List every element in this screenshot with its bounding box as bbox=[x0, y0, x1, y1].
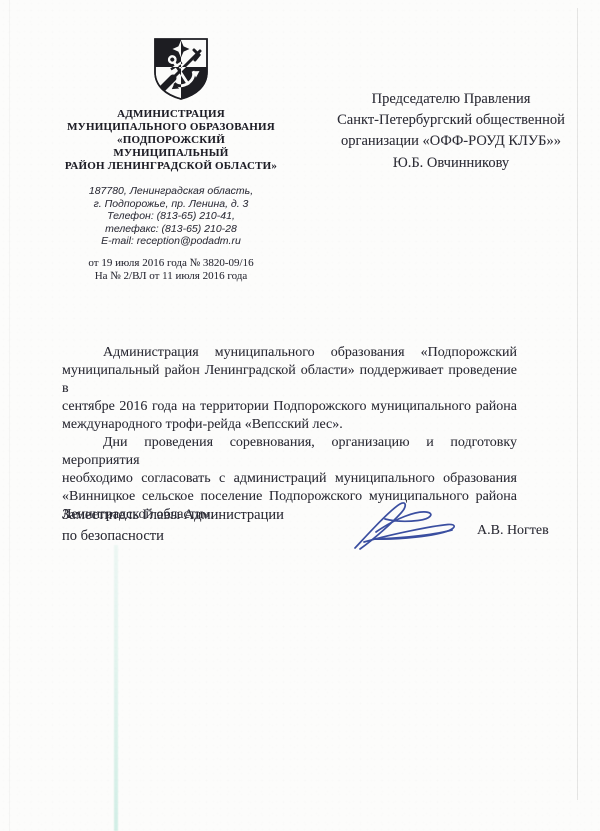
reference-block: от 19 июля 2016 года № 3820-09/16 На № 2… bbox=[58, 257, 284, 284]
handwritten-signature bbox=[348, 498, 473, 556]
signer-title-line: Заместитель Главы Администрации bbox=[62, 505, 284, 526]
phone-line: Телефон: (813-65) 210-41, bbox=[58, 210, 284, 223]
recipient-block: Председателю Правления Санкт-Петербургск… bbox=[330, 89, 572, 174]
recipient-line: организации «ОФФ-РОУД КЛУБ»» bbox=[330, 131, 572, 152]
recipient-line: Санкт-Петербургский общественной bbox=[330, 110, 572, 131]
recipient-name: Ю.Б. Овчинникову bbox=[330, 153, 572, 174]
org-name-line: «ПОДПОРОЖСКИЙ МУНИЦИПАЛЬНЫЙ bbox=[58, 134, 284, 160]
organization-name: АДМИНИСТРАЦИЯ МУНИЦИПАЛЬНОГО ОБРАЗОВАНИЯ… bbox=[58, 108, 284, 173]
org-name-line: МУНИЦИПАЛЬНОГО ОБРАЗОВАНИЯ bbox=[58, 121, 284, 134]
fax-line: телефакс: (813-65) 210-28 bbox=[58, 223, 284, 236]
signer-title: Заместитель Главы Администрации по безоп… bbox=[62, 505, 284, 547]
scan-color-streak bbox=[114, 545, 118, 831]
signer-title-line: по безопасности bbox=[62, 526, 284, 547]
coat-of-arms-icon bbox=[150, 36, 212, 102]
body-line: сентябре 2016 года на территории Подпоро… bbox=[62, 398, 517, 416]
incoming-reference: На № 2/ВЛ от 11 июля 2016 года bbox=[58, 270, 284, 284]
contact-block: 187780, Ленинградская область, г. Подпор… bbox=[58, 185, 284, 248]
email-line: E-mail: reception@podadm.ru bbox=[58, 235, 284, 248]
postal-address-line: 187780, Ленинградская область, bbox=[58, 185, 284, 198]
recipient-line: Председателю Правления bbox=[330, 89, 572, 110]
signer-name: А.В. Ногтев bbox=[477, 523, 549, 539]
outgoing-reference: от 19 июля 2016 года № 3820-09/16 bbox=[58, 257, 284, 271]
body-line: Администрация муниципального образования… bbox=[62, 344, 517, 362]
body-line: Дни проведения соревнования, организацию… bbox=[62, 434, 517, 470]
letterhead: АДМИНИСТРАЦИЯ МУНИЦИПАЛЬНОГО ОБРАЗОВАНИЯ… bbox=[58, 36, 284, 284]
body-line: муниципальный район Ленинградской област… bbox=[62, 362, 517, 398]
body-line: необходимо согласовать с администраций м… bbox=[62, 470, 517, 488]
document-page: АДМИНИСТРАЦИЯ МУНИЦИПАЛЬНОГО ОБРАЗОВАНИЯ… bbox=[0, 0, 600, 831]
scan-edge-line bbox=[577, 8, 578, 800]
body-line: международного трофи-рейда «Вепсский лес… bbox=[62, 416, 517, 434]
org-name-line: АДМИНИСТРАЦИЯ bbox=[58, 108, 284, 121]
paragraph: Администрация муниципального образования… bbox=[62, 344, 517, 434]
org-name-line: РАЙОН ЛЕНИНГРАДСКОЙ ОБЛАСТИ» bbox=[58, 160, 284, 173]
postal-address-line: г. Подпорожье, пр. Ленина, д. 3 bbox=[58, 198, 284, 211]
scan-fold-line bbox=[9, 0, 10, 831]
letter-body: Администрация муниципального образования… bbox=[62, 344, 517, 524]
